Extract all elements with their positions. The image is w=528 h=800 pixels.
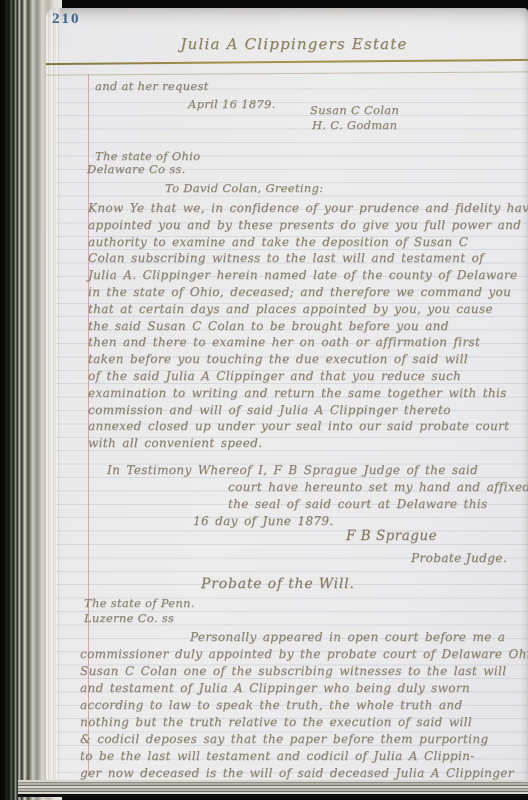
text-line: that at certain days and places appointe… (88, 301, 528, 318)
text-line: annexed closed up under your seal into o… (88, 418, 528, 435)
text-line: commission and will of said Julia A Clip… (88, 402, 528, 419)
book-page-edges-bottom (18, 780, 528, 797)
commission-paragraph: Know Ye that we, in confidence of your p… (88, 200, 528, 452)
text-line: authority to examine and take the deposi… (88, 234, 528, 251)
probate-heading: Probate of the Will. (201, 576, 355, 592)
witness-signature-2: H. C. Godman (312, 118, 397, 132)
book-scan: { "page": { "number": "210", "header_tit… (0, 0, 528, 800)
text-line: Personally appeared in open court before… (80, 629, 528, 646)
probate-county-line: Luzerne Co. ss (84, 611, 174, 625)
text-line: nothing but the truth relative to the ex… (80, 714, 528, 731)
page-number: 210 (52, 11, 81, 28)
text-line: Susan C Colan one of the subscribing wit… (80, 663, 528, 680)
witness-signature-1: Susan C Colan (310, 103, 399, 117)
text-line: then and there to examine her on oath or… (88, 334, 528, 351)
request-line: and at her request (95, 79, 209, 93)
text-line: & codicil deposes say that the paper bef… (80, 731, 528, 748)
text-line: taken before you touching the due execut… (88, 351, 528, 368)
text-line: Colan subscribing witness to the last wi… (88, 250, 528, 267)
text-line: the seal of said court at Delaware this (88, 496, 528, 513)
text-line: with all convenient speed. (88, 435, 528, 452)
text-line: the said Susan C Colan to be brought bef… (88, 318, 528, 335)
text-line: to be the last will testament and codici… (80, 748, 528, 765)
text-line: commissioner duly appointed by the proba… (80, 646, 528, 663)
header-rule (46, 59, 528, 65)
date-line: April 16 1879. (188, 97, 276, 111)
probate-state-line: The state of Penn. (84, 596, 195, 610)
testimony-block: In Testimony Whereof I, F B Sprague Judg… (88, 462, 528, 530)
text-line: and testament of Julia A Clippinger who … (80, 680, 528, 697)
commission-state-line: The state of Ohio (95, 149, 200, 163)
text-line: In Testimony Whereof I, F B Sprague Judg… (88, 462, 528, 479)
probate-paragraph: Personally appeared in open court before… (80, 629, 528, 782)
text-line: according to law to speak the truth, the… (80, 697, 528, 714)
judge-title: Probate Judge. (411, 551, 507, 565)
judge-signature: F B Sprague (346, 528, 437, 544)
text-line: 16 day of June 1879. (88, 513, 528, 530)
text-line: in the state of Ohio, deceased; and ther… (88, 284, 528, 301)
ledger-page: 210 Julia A Clippingers Estate and at he… (46, 8, 528, 782)
commission-county-line: Delaware Co ss. (87, 162, 186, 176)
text-line: of the said Julia A Clippinger and that … (88, 368, 528, 385)
text-line: Know Ye that we, in confidence of your p… (88, 200, 528, 217)
text-line: examination to writing and return the sa… (88, 385, 528, 402)
commission-salutation: To David Colan, Greeting: (165, 181, 323, 195)
text-line: appointed you and by these presents do g… (88, 217, 528, 234)
page-header-title: Julia A Clippingers Estate (164, 35, 424, 53)
text-line: Julia A. Clippinger herein named late of… (88, 267, 528, 284)
text-line: court have hereunto set my hand and affi… (88, 479, 528, 496)
